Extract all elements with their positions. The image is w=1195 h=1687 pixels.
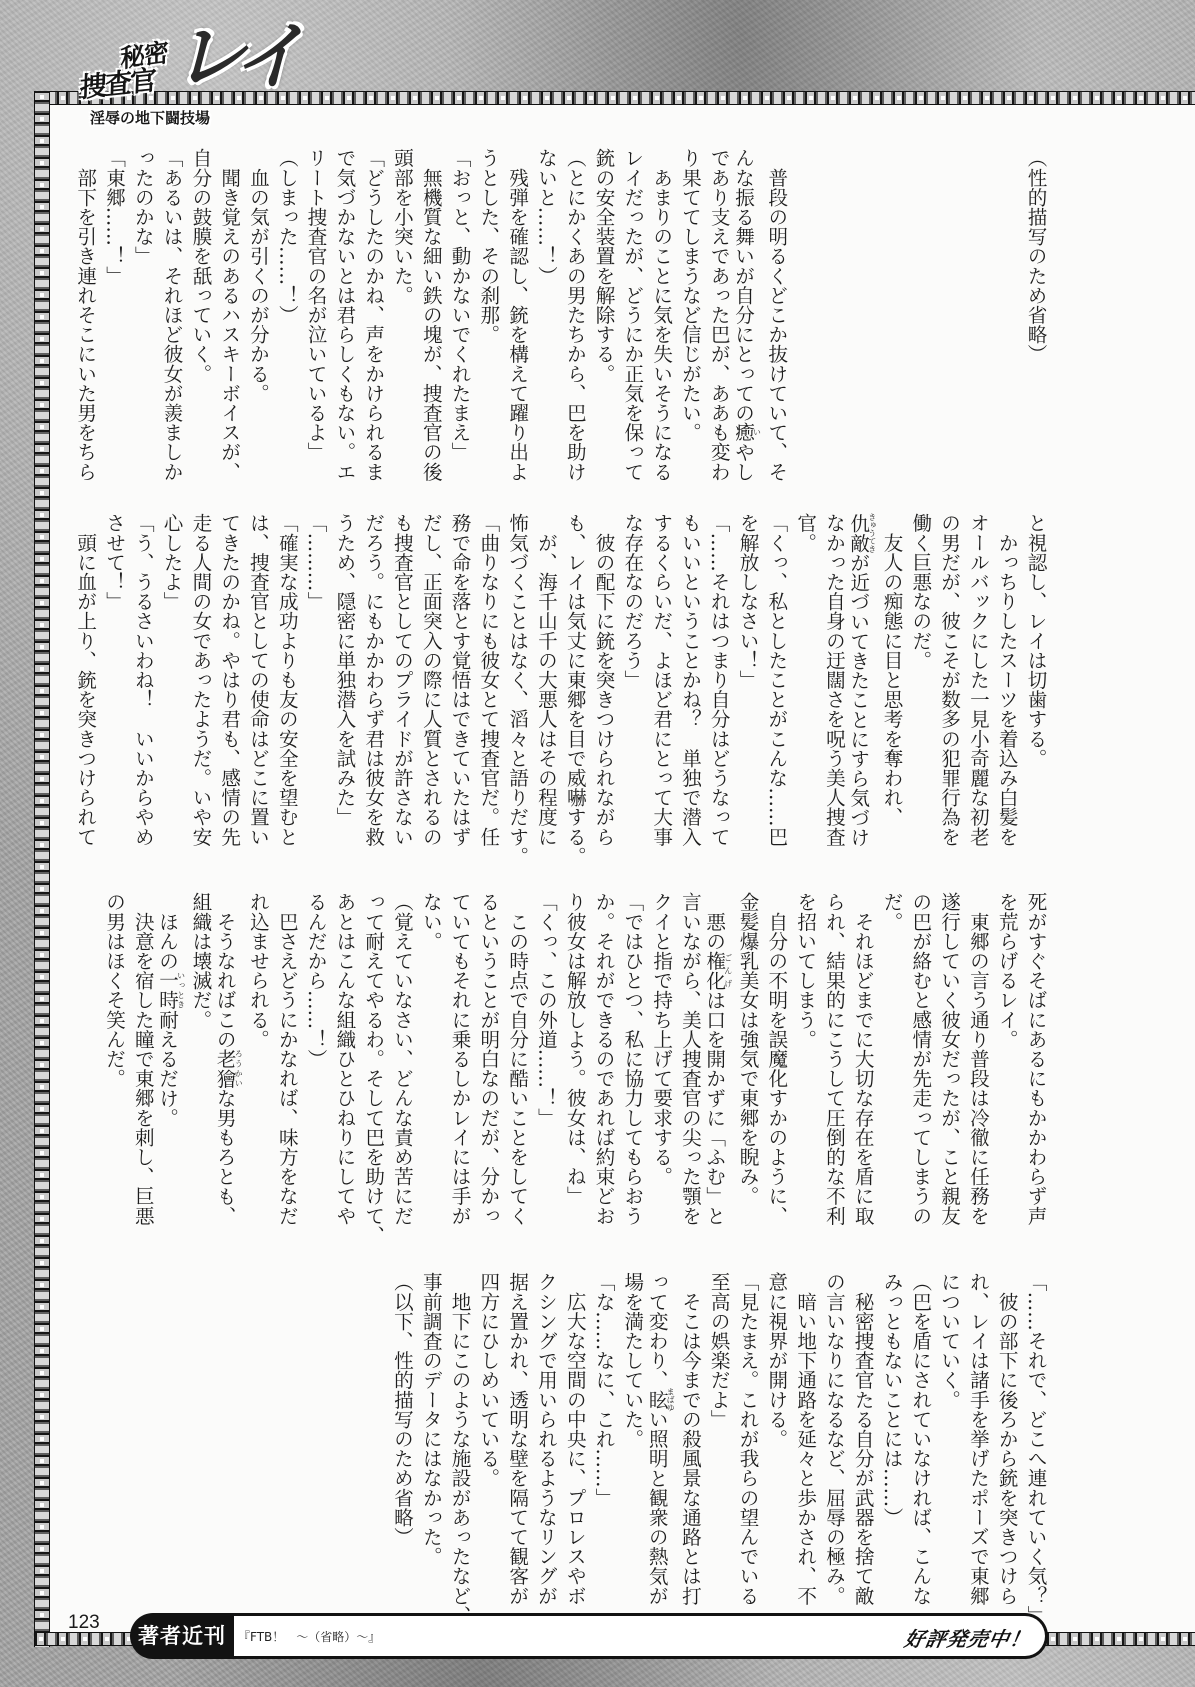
text-column [934, 148, 963, 488]
text-column: り果ててしまうなど信じがたい。 [675, 148, 704, 488]
text-column: （性的描写のため省略） [1020, 148, 1049, 488]
text-column: 頭部を小突いた。 [387, 148, 416, 488]
text-column: と視認し、レイは切歯する。 [1020, 513, 1049, 853]
text-column: か。それができるのであれば約束どお [588, 892, 617, 1232]
text-column: 残弾を確認し、銃を構えて躍り出よ [502, 148, 531, 488]
text-column: てきたのかね。やはり君も、感情の先 [214, 513, 243, 853]
text-column: であり支えであった巴が、ああも変わ [703, 148, 732, 488]
text-column [128, 1272, 157, 1612]
text-column: 据え置かれ、透明な壁を隔てて観客が [502, 1272, 531, 1612]
text-column: れ、レイは諸手を挙げたポーズで東郷 [963, 1272, 992, 1612]
text-column: 秘密捜査官たる自分が武器を捨て敵 [847, 1272, 876, 1612]
text-column: ほんの一時いっとき耐えるだけ。 [156, 892, 185, 1232]
banner-title-box: 『FTB！ ～（省略）～』 好評発売中！ [230, 1613, 1048, 1659]
text-column: 彼の部下に後ろから銃を突きつけら [991, 1272, 1020, 1612]
text-column: 自分の不明を誤魔化すかのように、 [761, 892, 790, 1232]
text-column: られ、結果的にこうして圧倒的な不利 [819, 892, 848, 1232]
text-column: 「確実な成功よりも友の安全を望むと [271, 513, 300, 853]
logo-text-investigator: 捜査官 [80, 58, 156, 105]
text-column: するくらいだ、よほど君にとって大事 [646, 513, 675, 853]
text-column: 「曲りなりにも彼女とて捜査官だ。任 [473, 513, 502, 853]
text-column: れ込ませられる。 [243, 892, 272, 1232]
text-column: 無機質な細い鉄の塊が、捜査官の後 [415, 148, 444, 488]
text-column: 意に視界が開ける。 [761, 1272, 790, 1612]
text-column: （覚えていなさい、どんな責め苦にだ [387, 892, 416, 1232]
text-column: 「見たまえ。これが我らの望んでいる [732, 1272, 761, 1612]
text-column: かっちりしたスーツを着込み白髪を [991, 513, 1020, 853]
text-column: みっともないことには……） [876, 1272, 905, 1612]
text-column: ない。 [415, 892, 444, 1232]
text-column: を荒らげるレイ。 [991, 892, 1020, 1232]
text-column: 「う、うるさいわね！ いいからやめ [128, 513, 157, 853]
text-column: 「あるいは、それほど彼女が羨ましか [156, 148, 185, 488]
text-column: だし、正面突入の際に人質とされるの [415, 513, 444, 853]
text-column: それほどまでに大切な存在を盾に取 [847, 892, 876, 1232]
text-column: は、捜査官としての使命はどこに置い [243, 513, 272, 853]
text-column: 頭に血が上り、銃を突きつけられて [70, 513, 99, 853]
text-column: 地下にこのような施設があったなど、 [444, 1272, 473, 1612]
text-column [963, 148, 992, 488]
text-column: 金髪爆乳美女は強気で東郷を睨み。 [732, 892, 761, 1232]
text-column: 血の気が引くのが分かる。 [243, 148, 272, 488]
text-column: 遂行していく彼女だったが、こと親友 [934, 892, 963, 1232]
text-column: 広大な空間の中央に、プロレスやボ [559, 1272, 588, 1612]
text-column [185, 1272, 214, 1612]
text-column: 聞き覚えのあるハスキーボイスが、 [214, 148, 243, 488]
text-column [847, 148, 876, 488]
text-column: り彼女は解放しよう。彼女は、ね」 [559, 892, 588, 1232]
text-column: 官。 [790, 513, 819, 853]
text-column: んな振る舞いが自分にとっての癒いやし [732, 148, 761, 488]
series-logo: 秘密 捜査官 レイ 淫辱の地下闘技場 [70, 18, 290, 133]
text-column: が、海千山千の大悪人はその程度に [531, 513, 560, 853]
text-column: 「ではひとつ、私に協力してもらおう [617, 892, 646, 1232]
text-column: させて！」 [99, 513, 128, 853]
text-column: の男だが、彼こそが数多の犯罪行為を [934, 513, 963, 853]
text-column [214, 1272, 243, 1612]
text-column [271, 1272, 300, 1612]
text-column: 務で命を落とす覚悟はできていたはず [444, 513, 473, 853]
text-column: 「東郷……！」 [99, 148, 128, 488]
text-column: 友人の痴態に目と思考を奪われ、 [876, 513, 905, 853]
text-column: 四方にひしめいている。 [473, 1272, 502, 1612]
text-column: 「どうしたのかね、声をかけられるま [358, 148, 387, 488]
text-column: 死がすぐそばにあるにもかかわらず声 [1020, 892, 1049, 1232]
text-column: うとした、その刹那。 [473, 148, 502, 488]
text-column: の男はほくそ笑んだ。 [99, 892, 128, 1232]
text-column: なかった自身の迂闊さを呪う美人捜査 [819, 513, 848, 853]
logo-subtitle: 淫辱の地下闘技場 [90, 107, 210, 128]
text-column: についていく。 [934, 1272, 963, 1612]
text-column: 「くっ、私としたことがこんな……巴 [761, 513, 790, 853]
text-column: 働く巨悪なのだ。 [905, 513, 934, 853]
text-column: 「……それで、どこへ連れていく気？」 [1020, 1272, 1049, 1612]
text-column: って変わり、眩まばゆい照明と観衆の熱気が [646, 1272, 675, 1612]
text-tier-4: 「……それで、どこへ連れていく気？」 彼の部下に後ろから銃を突きつけられ、レイは… [99, 1272, 1049, 1612]
text-column: 部下を引き連れそこにいた男をちら [70, 148, 99, 488]
text-column: だ。 [876, 892, 905, 1232]
text-column: （とにかくあの男たちから、巴を助け [559, 148, 588, 488]
text-column [300, 1272, 329, 1612]
text-column: 「……それはつまり自分はどうなって [703, 513, 732, 853]
text-column: あとはこんな組織ひとひねりにしてや [329, 892, 358, 1232]
text-column: 東郷の言う通り普段は冷徹に任務を [963, 892, 992, 1232]
text-column: クシングで用いられるようなリングが [531, 1272, 560, 1612]
text-column: オールバックにした一見小奇麗な初老 [963, 513, 992, 853]
text-column: で気づかないとは君らしくもない。エ [329, 148, 358, 488]
text-column: 怖気づくことはなく、滔々と語りだす。 [502, 513, 531, 853]
text-column [819, 148, 848, 488]
text-column: って耐えてやるわ。そして巴を助けて、 [358, 892, 387, 1232]
text-tier-3: 死がすぐそばにあるにもかかわらず声を荒らげるレイ。 東郷の言う通り普段は冷徹に任… [99, 892, 1049, 1232]
text-tier-1: （性的描写のため省略） 普段の明るくどこか抜けていて、そんな振る舞いが自分にとっ… [70, 148, 1049, 488]
text-column [243, 1272, 272, 1612]
text-tier-2: と視認し、レイは切歯する。 かっちりしたスーツを着込み白髪をオールバックにした一… [70, 513, 1049, 853]
text-column: 心したよ」 [156, 513, 185, 853]
text-column: 「くっ、この外道……！」 [531, 892, 560, 1232]
text-column: そこは今までの殺風景な通路とは打 [675, 1272, 704, 1612]
text-column: （以下、性的描写のため省略） [387, 1272, 416, 1612]
text-column: の言いなりになるなど、屈辱の極み。 [819, 1272, 848, 1612]
text-column: を解放しなさい！」 [732, 513, 761, 853]
text-column: の巴が絡むと感情が先走ってしまうの [905, 892, 934, 1232]
text-column: もいいということかね？ 単独で潜入 [675, 513, 704, 853]
chain-border-left [34, 91, 50, 1647]
logo-text-rei: レイ [169, 20, 312, 94]
text-column: ないと……！） [531, 148, 560, 488]
banner-book-title: 『FTB！ ～（省略）～』 [238, 1628, 380, 1645]
text-column: 暗い地下通路を延々と歩かされ、不 [790, 1272, 819, 1612]
page-number: 123 [68, 1612, 100, 1634]
text-column [876, 148, 905, 488]
text-column: 悪の権化ごんげは口を開かずに「ふむ」と [703, 892, 732, 1232]
text-column: リート捜査官の名が泣いているよ」 [300, 148, 329, 488]
text-column [790, 148, 819, 488]
text-column: 至高の娯楽だよ」 [703, 1272, 732, 1612]
text-column: クイと指で持ち上げて要求する。 [646, 892, 675, 1232]
text-column: だろう。にもかかわらず君は彼女を救 [358, 513, 387, 853]
text-column: 仇敵きゅうてきが近づいてきたことにすら気づけ [847, 513, 876, 853]
text-column: うため、隠密に単独潜入を試みた」 [329, 513, 358, 853]
text-column [358, 1272, 387, 1612]
text-column: 事前調査のデータにはなかった。 [415, 1272, 444, 1612]
text-column: あまりのことに気を失いそうになる [646, 148, 675, 488]
text-column: 彼の配下に銃を突きつけられながら [588, 513, 617, 853]
banner-label: 著者近刊 [130, 1613, 234, 1659]
text-column: るということが明白なのだが、分かっ [473, 892, 502, 1232]
text-column [905, 148, 934, 488]
text-column: 普段の明るくどこか抜けていて、そ [761, 148, 790, 488]
text-column [99, 1272, 128, 1612]
text-column [156, 1272, 185, 1612]
text-column: （しまった……！） [271, 148, 300, 488]
text-column [991, 148, 1020, 488]
text-column: ったのかな」 [128, 148, 157, 488]
text-column: 巴さえどうにかなれば、味方をなだ [271, 892, 300, 1232]
text-column: るんだから……！） [300, 892, 329, 1232]
text-column: も捜査官としてのプライドが許さない [387, 513, 416, 853]
text-column: レイだったが、どうにか正気を保って [617, 148, 646, 488]
text-column: 走る人間の女であったようだ。いや安 [185, 513, 214, 853]
text-column: 自分の鼓膜を舐っていく。 [185, 148, 214, 488]
text-column: な存在なのだろう」 [617, 513, 646, 853]
new-release-banner: 『FTB！ ～（省略）～』 好評発売中！ 著者近刊 [130, 1613, 1048, 1659]
banner-tagline: 好評発売中！ [902, 1623, 1033, 1652]
text-column: 決意を宿した瞳で東郷を刺し、巨悪 [128, 892, 157, 1232]
text-column: 言いながら、美人捜査官の尖った顎を [675, 892, 704, 1232]
text-column: 「おっと、動かないでくれたまえ」 [444, 148, 473, 488]
text-column: 「………」 [300, 513, 329, 853]
text-column: （巴を盾にされていなければ、こんな [905, 1272, 934, 1612]
text-column: も、レイは気丈に東郷を目で威嚇する。 [559, 513, 588, 853]
text-column: ていてもそれに乗るしかレイには手が [444, 892, 473, 1232]
text-column: この時点で自分に酷いことをしてく [502, 892, 531, 1232]
text-column: そうなればこの老獪ろうかいな男もろとも、 [214, 892, 243, 1232]
text-column: 「な……なに、これ……」 [588, 1272, 617, 1612]
text-column: を招いてしまう。 [790, 892, 819, 1232]
text-column: 銃の安全装置を解除する。 [588, 148, 617, 488]
text-column [329, 1272, 358, 1612]
